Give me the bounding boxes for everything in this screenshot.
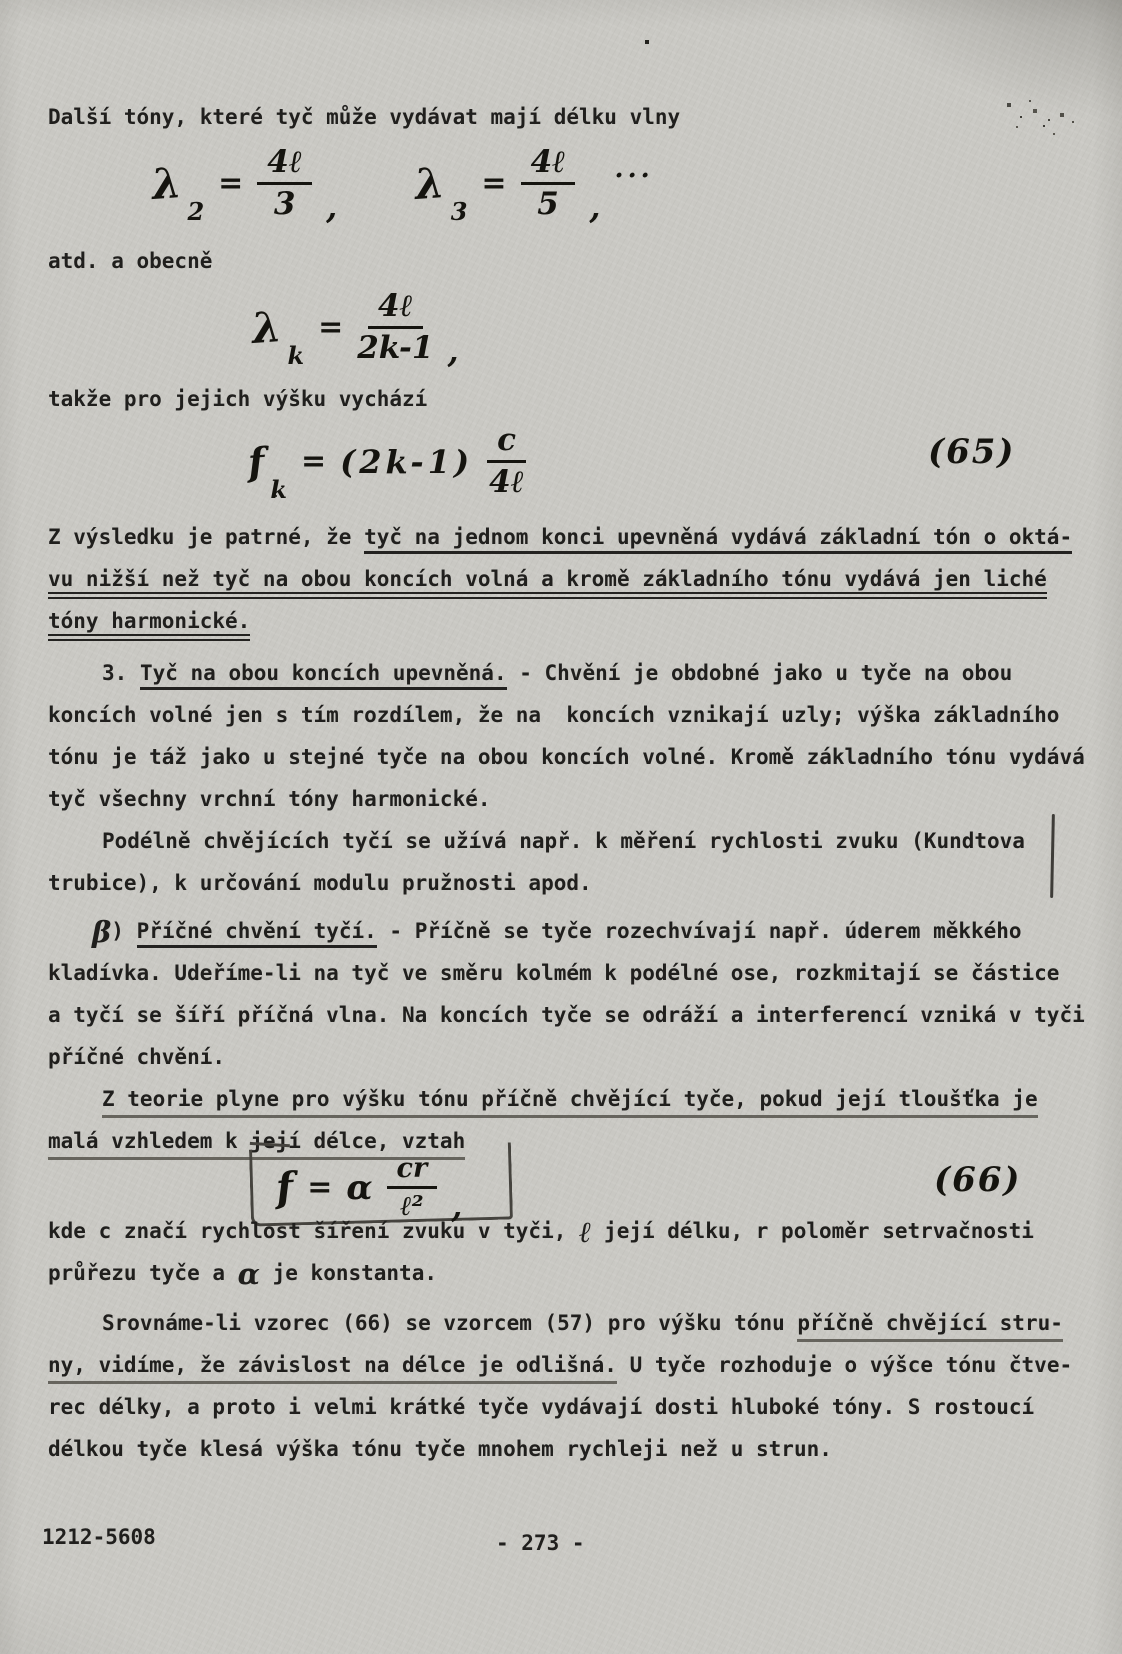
- text-segment: ): [111, 919, 136, 943]
- f-symbol: f: [274, 1164, 294, 1212]
- ell-symbol: ℓ: [579, 1215, 591, 1249]
- text-line: průřezu tyče a α je konstanta.: [48, 1260, 1034, 1287]
- subscript: k: [287, 341, 304, 370]
- underlined-segment: vu nižší než tyč na obou koncích volná a…: [48, 567, 1047, 599]
- comma: ,: [326, 188, 337, 226]
- text-segment: průřezu tyče a: [48, 1261, 238, 1285]
- pencil-underlined-segment: příčně chvějící stru-: [797, 1311, 1063, 1342]
- text-line: Z výsledku je patrné, že tyč na jednom k…: [48, 524, 1072, 551]
- paragraph-podelne: Podélně chvějících tyčí se užívá např. k…: [48, 828, 1025, 912]
- text-line: kde c značí rychlost šíření zvuku v tyči…: [48, 1218, 1034, 1245]
- text-line: tyč všechny vrchní tóny harmonické.: [48, 786, 1085, 813]
- paragraph-tyc-upevnena: 3. Tyč na obou koncích upevněná. - Chvěn…: [48, 660, 1085, 828]
- section-number: 3.: [102, 661, 140, 685]
- paragraph-z-teorie: Z teorie plyne pro výšku tónu příčně chv…: [48, 1086, 1038, 1170]
- equation-lambda-overtones: λ2 = 4ℓ 3 , λ3 = 4ℓ 5 , ···: [152, 146, 654, 222]
- text-line: Podélně chvějících tyčí se užívá např. k…: [48, 828, 1025, 855]
- equals-sign: =: [318, 310, 343, 345]
- factor-2k-minus-1: (2k-1): [340, 443, 473, 481]
- comma: ,: [447, 332, 458, 370]
- lambda-symbol: λ: [250, 303, 283, 354]
- intro-text: Další tóny, které tyč může vydávat mají …: [48, 104, 680, 131]
- paragraph-srovname: Srovnáme-li vzorec (66) se vzorcem (57) …: [48, 1310, 1072, 1478]
- equals-sign: =: [307, 1170, 332, 1205]
- paragraph-pricne-chveni: β) Příčné chvění tyčí. - Příčně se tyče …: [48, 918, 1085, 1086]
- text-line: ny, vidíme, že závislost na délce je odl…: [48, 1352, 1072, 1379]
- text-segment: je konstanta.: [260, 1261, 437, 1285]
- equation-number-65: (65): [928, 432, 1016, 472]
- text-line: Z teorie plyne pro výšku tónu příčně chv…: [48, 1086, 1038, 1113]
- pencil-underlined-segment: Z teorie plyne pro výšku tónu příčně chv…: [102, 1087, 1038, 1118]
- paragraph-kde: kde c značí rychlost šíření zvuku v tyči…: [48, 1218, 1034, 1302]
- text-segment: Z výsledku je patrné, že: [48, 525, 364, 549]
- paragraph-z-vysledku: Z výsledku je patrné, že tyč na jednom k…: [48, 524, 1072, 650]
- margin-pencil-mark: [1050, 814, 1055, 898]
- underlined-segment: tyč na jednom konci upevněná vydává zákl…: [364, 525, 1072, 554]
- text-line: malá vzhledem k její délce, vztah: [48, 1128, 1038, 1155]
- text-segment: Srovnáme-li vzorec (66) se vzorcem (57) …: [102, 1311, 797, 1335]
- text-segment: - Chvění je obdobné jako u tyče na obou: [507, 661, 1013, 685]
- section-heading: Příčné chvění tyčí.: [137, 919, 377, 948]
- text-segment: U tyče rozhoduje o výšce tónu čtve-: [617, 1353, 1072, 1377]
- equals-sign: =: [481, 166, 506, 201]
- lambda-symbol: λ: [414, 159, 447, 210]
- equals-sign: =: [218, 166, 243, 201]
- text-segment: Podélně chvějících tyčí se užívá např. k…: [102, 829, 1025, 853]
- subscript: 2: [187, 197, 204, 226]
- pencil-underlined-segment: ny, vidíme, že závislost na délce je odl…: [48, 1353, 617, 1384]
- text-line: a tyčí se šíří příčná vlna. Na koncích t…: [48, 1002, 1085, 1029]
- text-line: vu nižší než tyč na obou koncích volná a…: [48, 566, 1072, 593]
- atd-text: atd. a obecně: [48, 248, 212, 275]
- fraction: cr ℓ²: [387, 1154, 438, 1221]
- text-segment: - Příčně se tyče rozechvívají např. úder…: [377, 919, 1022, 943]
- text-line: 3. Tyč na obou koncích upevněná. - Chvěn…: [48, 660, 1085, 687]
- text-line: kladívka. Udeříme-li na tyč ve směru kol…: [48, 960, 1085, 987]
- text-line: Srovnáme-li vzorec (66) se vzorcem (57) …: [48, 1310, 1072, 1337]
- fraction: 4ℓ 5: [521, 146, 576, 222]
- text-segment: kde c značí rychlost šíření zvuku v tyči…: [48, 1219, 579, 1243]
- beta-symbol: β: [92, 915, 111, 949]
- text-line: tónu je táž jako u stejné tyče na obou k…: [48, 744, 1085, 771]
- ink-speckles: [0, 0, 2, 2]
- equation-lambda-k: λk = 4ℓ 2k-1 ,: [252, 290, 459, 366]
- ellipsis-dots: ···: [615, 161, 654, 191]
- lambda-symbol: λ: [150, 159, 183, 210]
- fraction: 4ℓ 3: [257, 146, 312, 222]
- text-line: délkou tyče klesá výška tónu tyče mnohem…: [48, 1436, 1072, 1463]
- subscript: 3: [451, 197, 468, 226]
- equation-number-66: (66): [934, 1160, 1022, 1200]
- fraction: c 4ℓ: [487, 424, 526, 500]
- fraction: 4ℓ 2k-1: [357, 290, 433, 366]
- equation-fk: fk = (2k-1) c 4ℓ: [248, 424, 526, 500]
- section-heading: Tyč na obou koncích upevněná.: [140, 661, 507, 690]
- text-line: trubice), k určování modulu pružnosti ap…: [48, 870, 1025, 897]
- text-line: rec délky, a proto i velmi krátké tyče v…: [48, 1394, 1072, 1421]
- equation-f-alpha: f = α cr ℓ² ,: [276, 1154, 462, 1221]
- footer-document-number: 1212-5608: [42, 1524, 156, 1551]
- text-line: tóny harmonické.: [48, 608, 1072, 635]
- alpha-symbol: α: [346, 1168, 372, 1208]
- f-symbol: f: [246, 439, 265, 485]
- alpha-symbol: α: [238, 1257, 260, 1291]
- scanned-document-page: Další tóny, které tyč může vydávat mají …: [0, 0, 1122, 1654]
- subscript: k: [270, 475, 287, 504]
- text-line: β) Příčné chvění tyčí. - Příčně se tyče …: [48, 918, 1085, 945]
- text-line: příčné chvění.: [48, 1044, 1085, 1071]
- text-line: koncích volné jen s tím rozdílem, že na …: [48, 702, 1085, 729]
- takze-text: takže pro jejich výšku vychází: [48, 386, 427, 413]
- equals-sign: =: [301, 444, 326, 479]
- comma: ,: [589, 188, 600, 226]
- underlined-segment: tóny harmonické.: [48, 609, 250, 641]
- text-segment: její délku, r poloměr setrvačnosti: [591, 1219, 1034, 1243]
- footer-page-number: - 273 -: [496, 1530, 585, 1557]
